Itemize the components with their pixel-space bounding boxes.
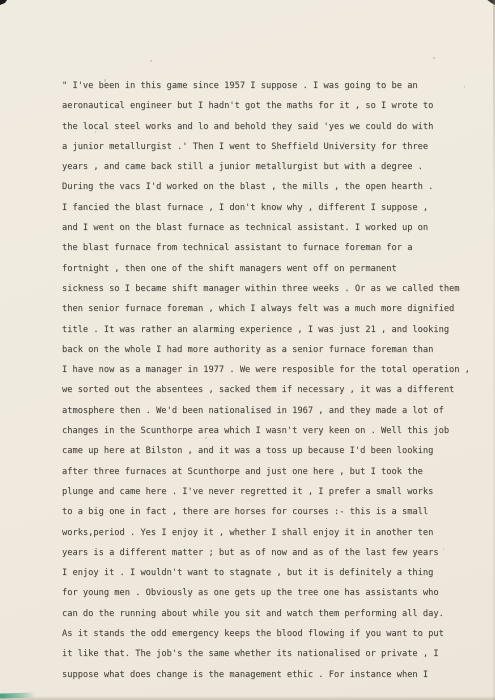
typewritten-page: " I've been in this game since 1957 I su…: [0, 0, 495, 700]
text-line: to a big one in fact , there are horses …: [62, 502, 477, 522]
text-line: came up here at Bilston , and it was a t…: [62, 441, 477, 461]
text-line: aeronautical engineer but I hadn't got t…: [62, 96, 477, 116]
text-line: and I went on the blast furnace as techn…: [62, 218, 477, 238]
text-line: I fancied the blast furnace , I don't kn…: [62, 198, 477, 218]
text-line: back on the whole I had more authority a…: [62, 340, 477, 360]
text-line: can do the running about while you sit a…: [62, 604, 477, 624]
text-line: a junior metallurgist .' Then I went to …: [62, 137, 477, 157]
text-line: plunge and came here . I've never regret…: [62, 482, 477, 502]
text-line: years , and came back still a junior met…: [62, 157, 477, 177]
paper-speck: [433, 57, 435, 59]
text-line: the blast furnace from technical assista…: [62, 238, 477, 258]
text-line: the local steel works and lo and behold …: [62, 117, 477, 137]
text-line: for young men . Obviously as one gets up…: [62, 583, 477, 603]
text-line: I have now as a manager in 1977 . We wer…: [62, 360, 477, 380]
text-line: During the vacs I'd worked on the blast …: [62, 177, 477, 197]
transcript-text: " I've been in this game since 1957 I su…: [62, 76, 477, 685]
text-line: suppose what does change is the manageme…: [62, 665, 477, 685]
text-line: years is a different matter ; but as of …: [62, 543, 477, 563]
text-line: fortnight , then one of the shift manage…: [62, 259, 477, 279]
text-line: atmosphere then . We'd been nationalised…: [62, 401, 477, 421]
text-line: " I've been in this game since 1957 I su…: [62, 76, 477, 96]
text-line: sickness so I became shift manager withi…: [62, 279, 477, 299]
text-line: then senior furnace foreman , which I al…: [62, 299, 477, 319]
text-line: title . It was rather an alarming experi…: [62, 320, 477, 340]
paper-speck: [150, 60, 152, 62]
text-line: after three furnaces at Scunthorpe and j…: [62, 462, 477, 482]
text-line: works,period . Yes I enjoy it , whether …: [62, 523, 477, 543]
page-bottom-edge-shadow: [0, 696, 495, 700]
text-line: I enjoy it . I wouldn't want to stagnate…: [62, 563, 477, 583]
text-line: we sorted out the absentees , sacked the…: [62, 380, 477, 400]
text-line: As it stands the odd emergency keeps the…: [62, 624, 477, 644]
text-line: changes in the Scunthorpe area which I w…: [62, 421, 477, 441]
text-line: it like that. The job's the same whether…: [62, 644, 477, 664]
scan-corner-mark-top-left: [0, 0, 7, 5]
